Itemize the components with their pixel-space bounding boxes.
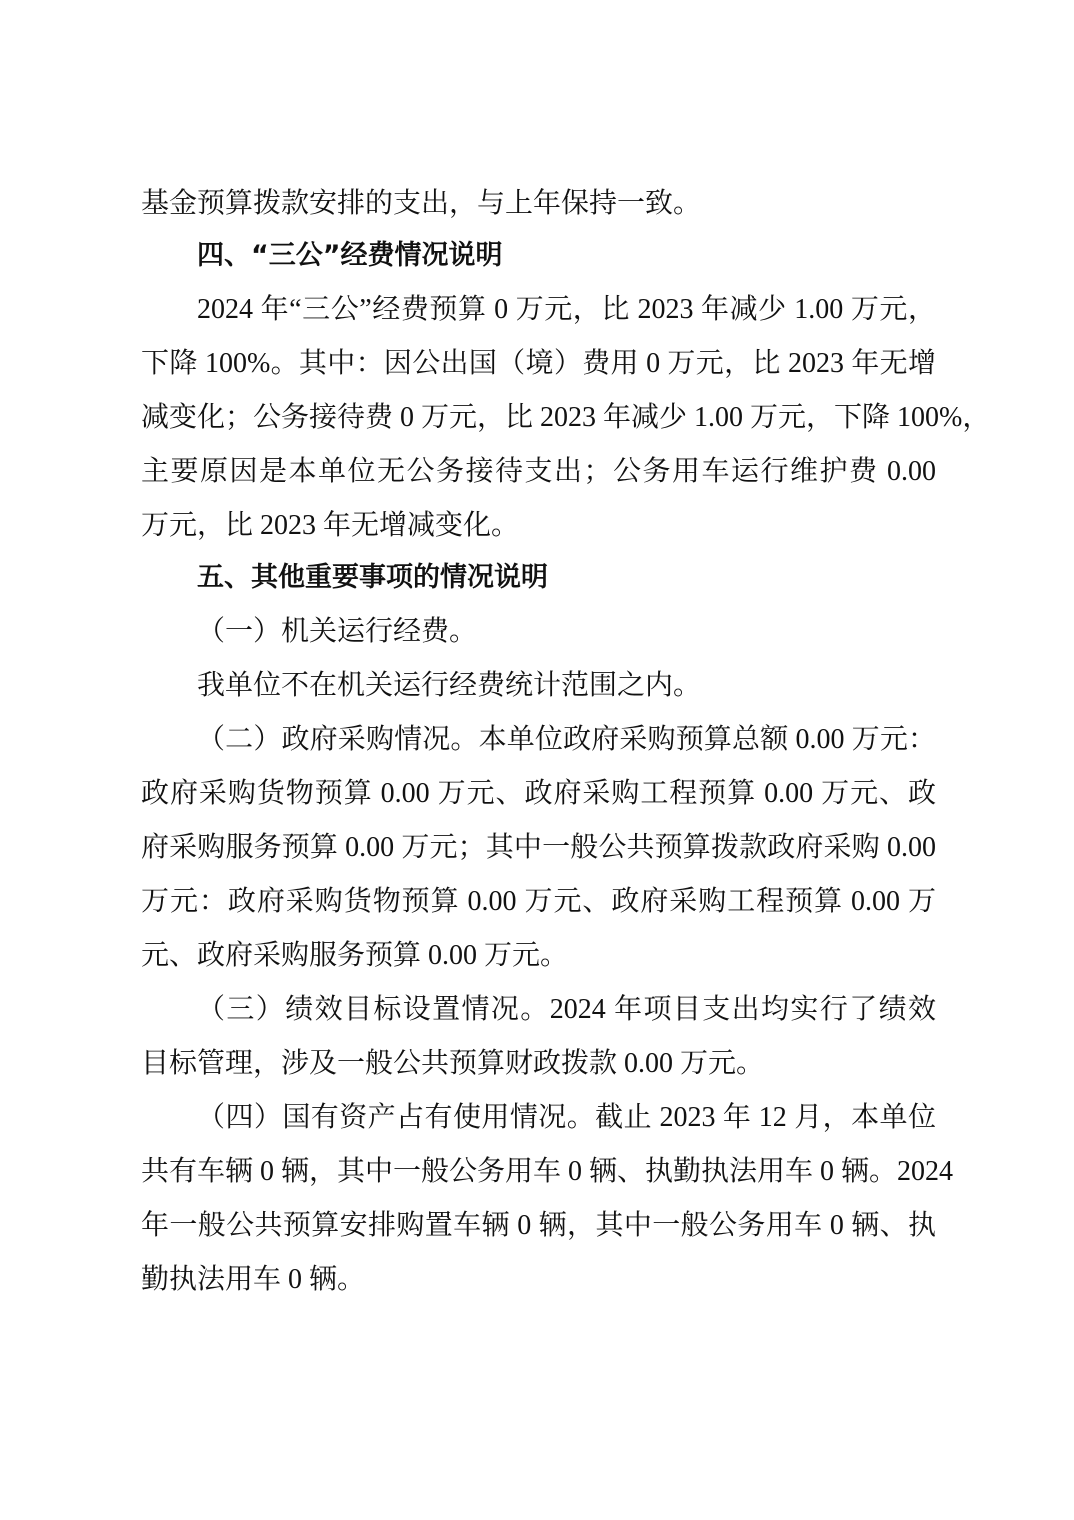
body-text-line: 目标管理，涉及一般公共预算财政拨款 0.00 万元。 bbox=[141, 1044, 936, 1084]
body-text-line: 2024 年“三公”经费预算 0 万元，比 2023 年减少 1.00 万元， bbox=[197, 290, 936, 330]
subsection-heading-one: （一）机关运行经费。 bbox=[197, 612, 936, 652]
body-text-line: 府采购服务预算 0.00 万元；其中一般公共预算拨款政府采购 0.00 bbox=[141, 828, 936, 868]
body-text-line: 主要原因是本单位无公务接待支出；公务用车运行维护费 0.00 bbox=[141, 452, 936, 492]
body-text-line: 万元：政府采购货物预算 0.00 万元、政府采购工程预算 0.00 万 bbox=[141, 882, 936, 922]
section-heading-four: 四、“三公”经费情况说明 bbox=[197, 236, 936, 276]
document-page: 基金预算拨款安排的支出，与上年保持一致。四、“三公”经费情况说明2024 年“三… bbox=[0, 0, 1074, 1520]
body-text-line: 基金预算拨款安排的支出，与上年保持一致。 bbox=[141, 184, 936, 224]
subsection-four-line: （四）国有资产占有使用情况。截止 2023 年 12 月，本单位 bbox=[197, 1098, 936, 1138]
body-text-line: 年一般公共预算安排购置车辆 0 辆，其中一般公务用车 0 辆、执 bbox=[141, 1206, 936, 1246]
body-text-line: 万元，比 2023 年无增减变化。 bbox=[141, 506, 936, 546]
body-text-line: 减变化；公务接待费 0 万元，比 2023 年减少 1.00 万元，下降 100… bbox=[141, 398, 936, 438]
body-text-line: 下降 100%。其中：因公出国（境）费用 0 万元，比 2023 年无增 bbox=[141, 344, 936, 384]
body-text-line: 元、政府采购服务预算 0.00 万元。 bbox=[141, 936, 936, 976]
body-text-line: 政府采购货物预算 0.00 万元、政府采购工程预算 0.00 万元、政 bbox=[141, 774, 936, 814]
body-text-line: 我单位不在机关运行经费统计范围之内。 bbox=[197, 666, 936, 706]
subsection-three-line: （三）绩效目标设置情况。2024 年项目支出均实行了绩效 bbox=[197, 990, 936, 1030]
body-text-line: 共有车辆 0 辆，其中一般公务用车 0 辆、执勤执法用车 0 辆。2024 bbox=[141, 1152, 936, 1192]
section-heading-five: 五、其他重要事项的情况说明 bbox=[197, 558, 936, 598]
body-text-line: 勤执法用车 0 辆。 bbox=[141, 1260, 936, 1300]
subsection-two-line: （二）政府采购情况。本单位政府采购预算总额 0.00 万元： bbox=[197, 720, 936, 760]
